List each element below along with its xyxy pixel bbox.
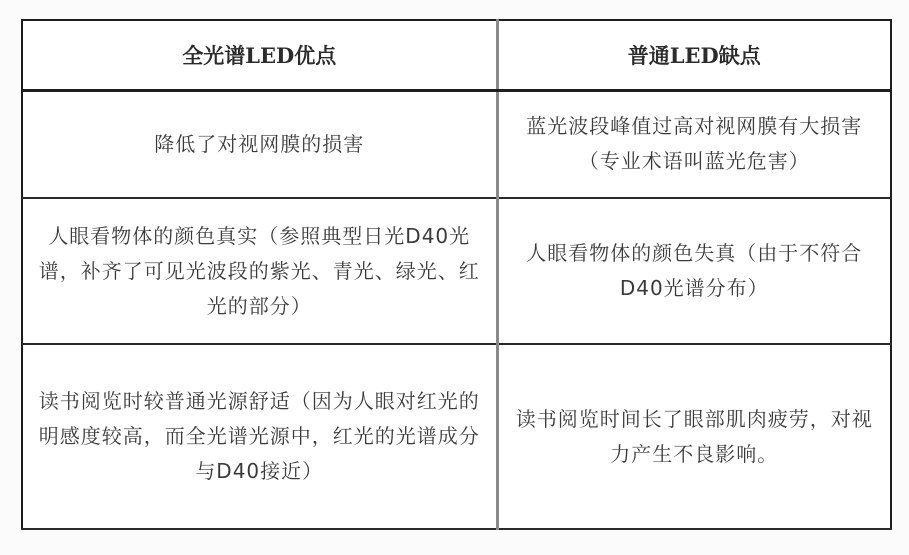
comparison-table: 全光谱LED优点 普通LED缺点 降低了对视网膜的损害 蓝光波段峰值过高对视网膜… (21, 19, 892, 530)
table-body: 降低了对视网膜的损害 蓝光波段峰值过高对视网膜有大损害（专业术语叫蓝光危害） 人… (22, 90, 891, 529)
advantage-cell: 人眼看物体的颜色真实（参照典型日光D40光谱，补齐了可见光波段的紫光、青光、绿光… (22, 198, 497, 344)
disadvantage-cell: 蓝光波段峰值过高对视网膜有大损害（专业术语叫蓝光危害） (497, 90, 891, 198)
table-header: 全光谱LED优点 普通LED缺点 (22, 20, 891, 90)
disadvantage-cell: 读书阅览时间长了眼部肌肉疲劳，对视力产生不良影响。 (497, 344, 891, 529)
advantage-cell: 读书阅览时较普通光源舒适（因为人眼对红光的明感度较高，而全光谱光源中，红光的光谱… (22, 344, 497, 529)
header-ordinary-led-disadvantages: 普通LED缺点 (497, 20, 891, 90)
advantage-cell: 降低了对视网膜的损害 (22, 90, 497, 198)
table-row: 降低了对视网膜的损害 蓝光波段峰值过高对视网膜有大损害（专业术语叫蓝光危害） (22, 90, 891, 198)
table-row: 读书阅览时较普通光源舒适（因为人眼对红光的明感度较高，而全光谱光源中，红光的光谱… (22, 344, 891, 529)
header-full-spectrum-advantages: 全光谱LED优点 (22, 20, 497, 90)
table-row: 人眼看物体的颜色真实（参照典型日光D40光谱，补齐了可见光波段的紫光、青光、绿光… (22, 198, 891, 344)
header-row: 全光谱LED优点 普通LED缺点 (22, 20, 891, 90)
disadvantage-cell: 人眼看物体的颜色失真（由于不符合D40光谱分布） (497, 198, 891, 344)
